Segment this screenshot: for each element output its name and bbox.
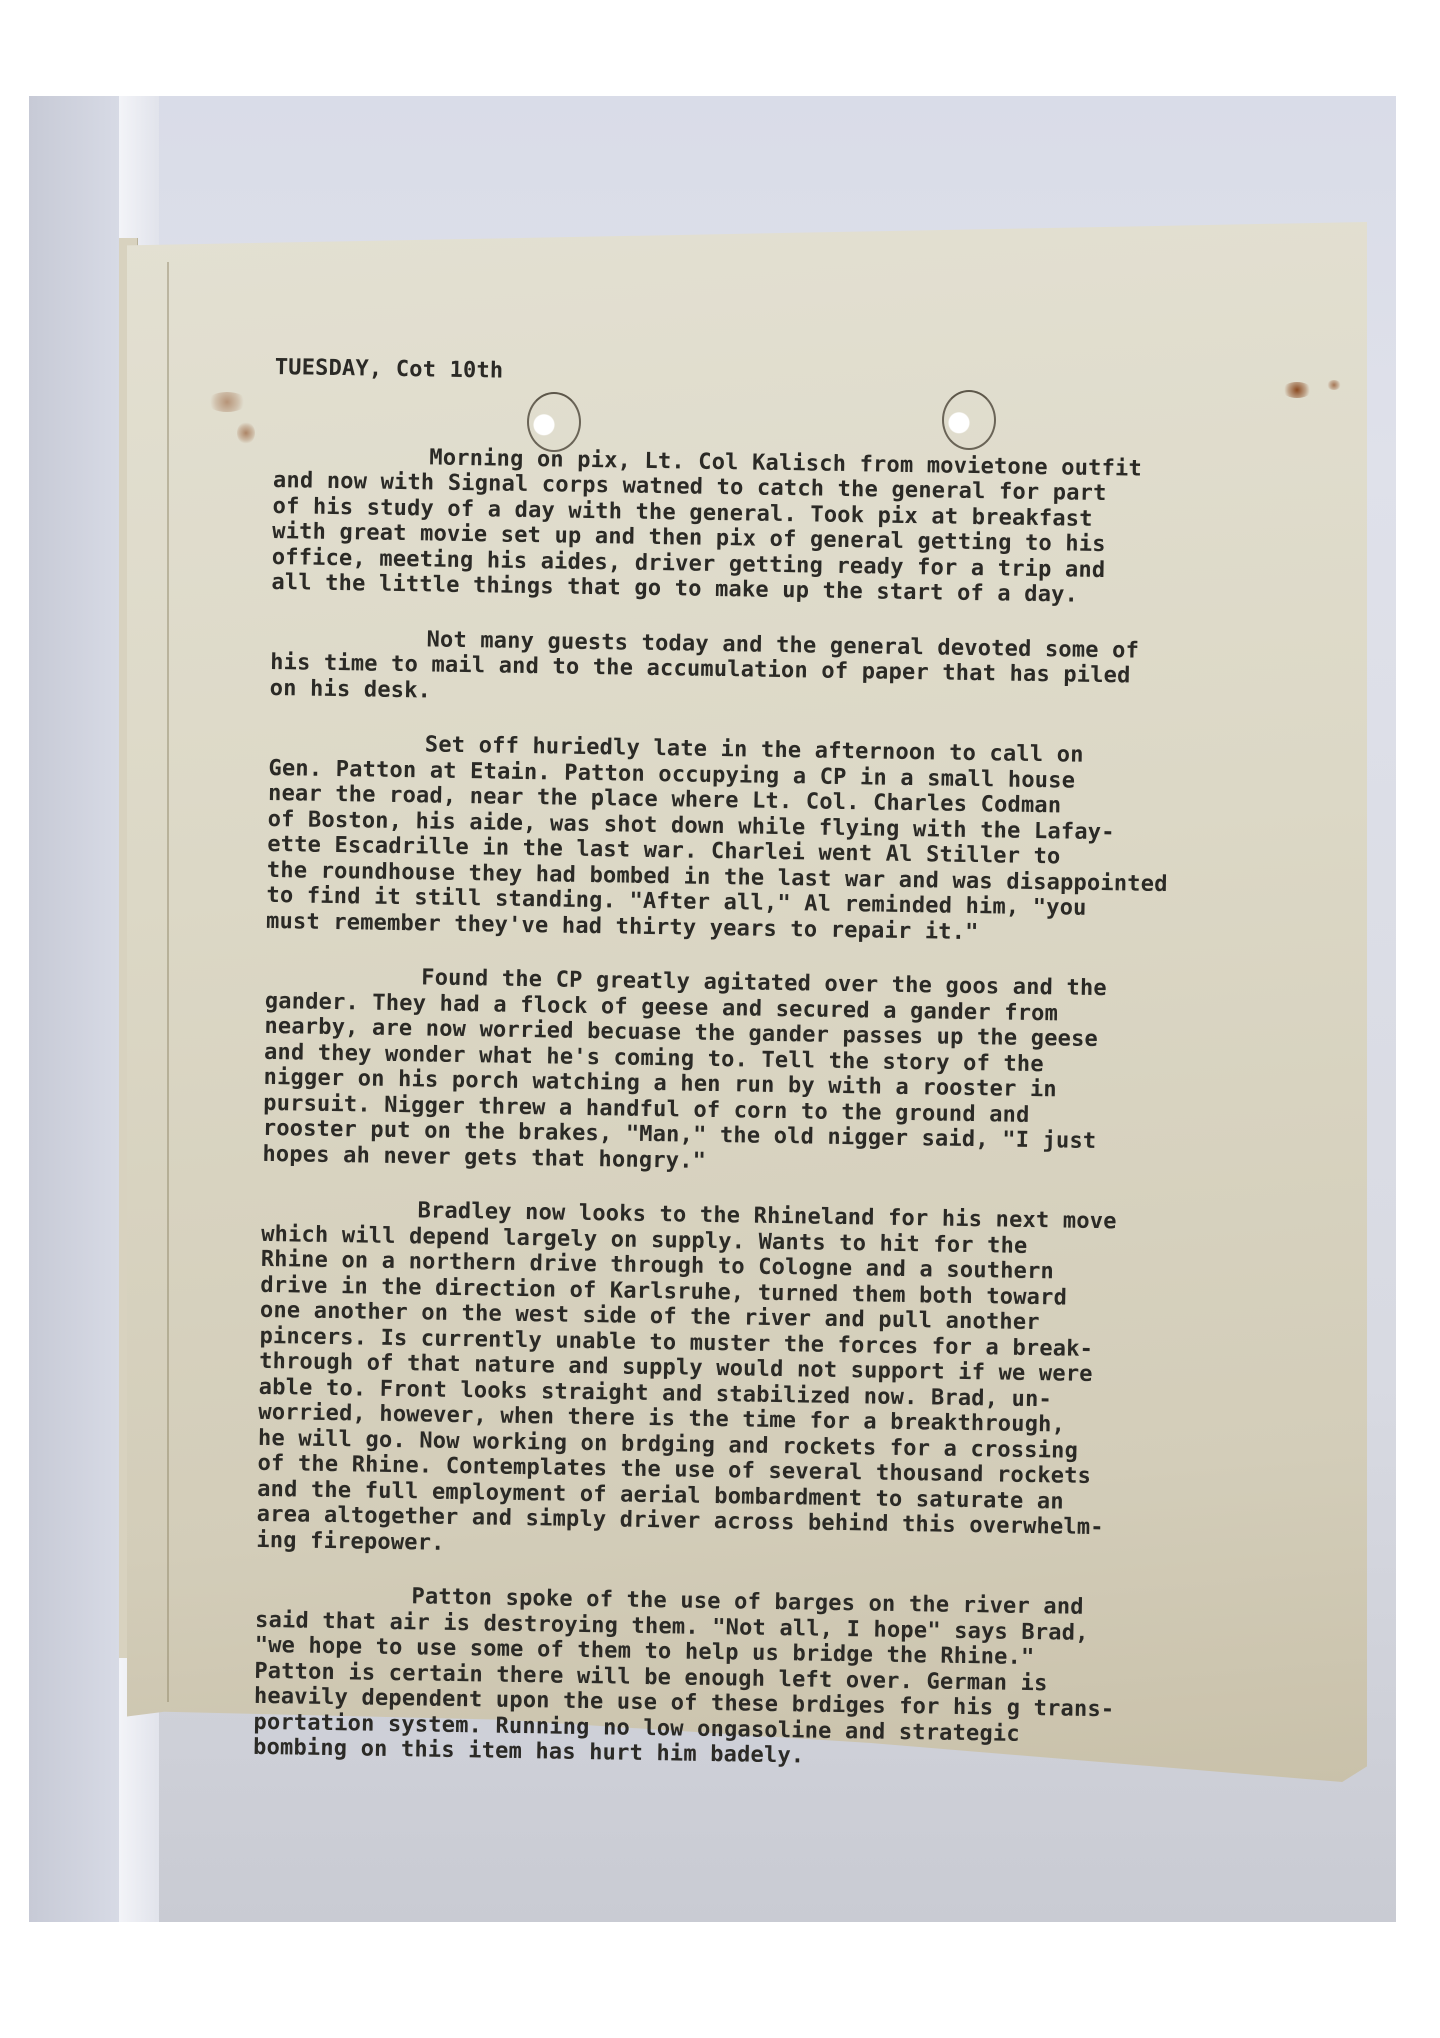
rust-stain-left-small <box>237 422 255 444</box>
rust-stain-right-small <box>1327 380 1341 390</box>
rust-stain-right <box>1282 382 1312 398</box>
rust-stain-left <box>207 392 247 412</box>
document-text: TUESDAY, Cot 10th Morning on pix, Lt. Co… <box>252 355 1274 1805</box>
paragraph-rhineland-plan: Bradley now looks to the Rhineland for h… <box>256 1196 1261 1569</box>
background-shadow <box>29 96 119 1922</box>
page-fold-line <box>167 262 169 1702</box>
paragraph-barges: Patton spoke of the use of barges on the… <box>253 1582 1256 1776</box>
paragraph-gander-story: Found the CP greatly agitated over the g… <box>262 963 1265 1183</box>
paragraph-morning-pix: Morning on pix, Lt. Col Kalisch from mov… <box>271 442 1273 611</box>
paragraph-mail: Not many guests today and the general de… <box>270 624 1271 716</box>
paragraph-patton-visit: Set off huriedly late in the afternoon t… <box>266 730 1269 950</box>
